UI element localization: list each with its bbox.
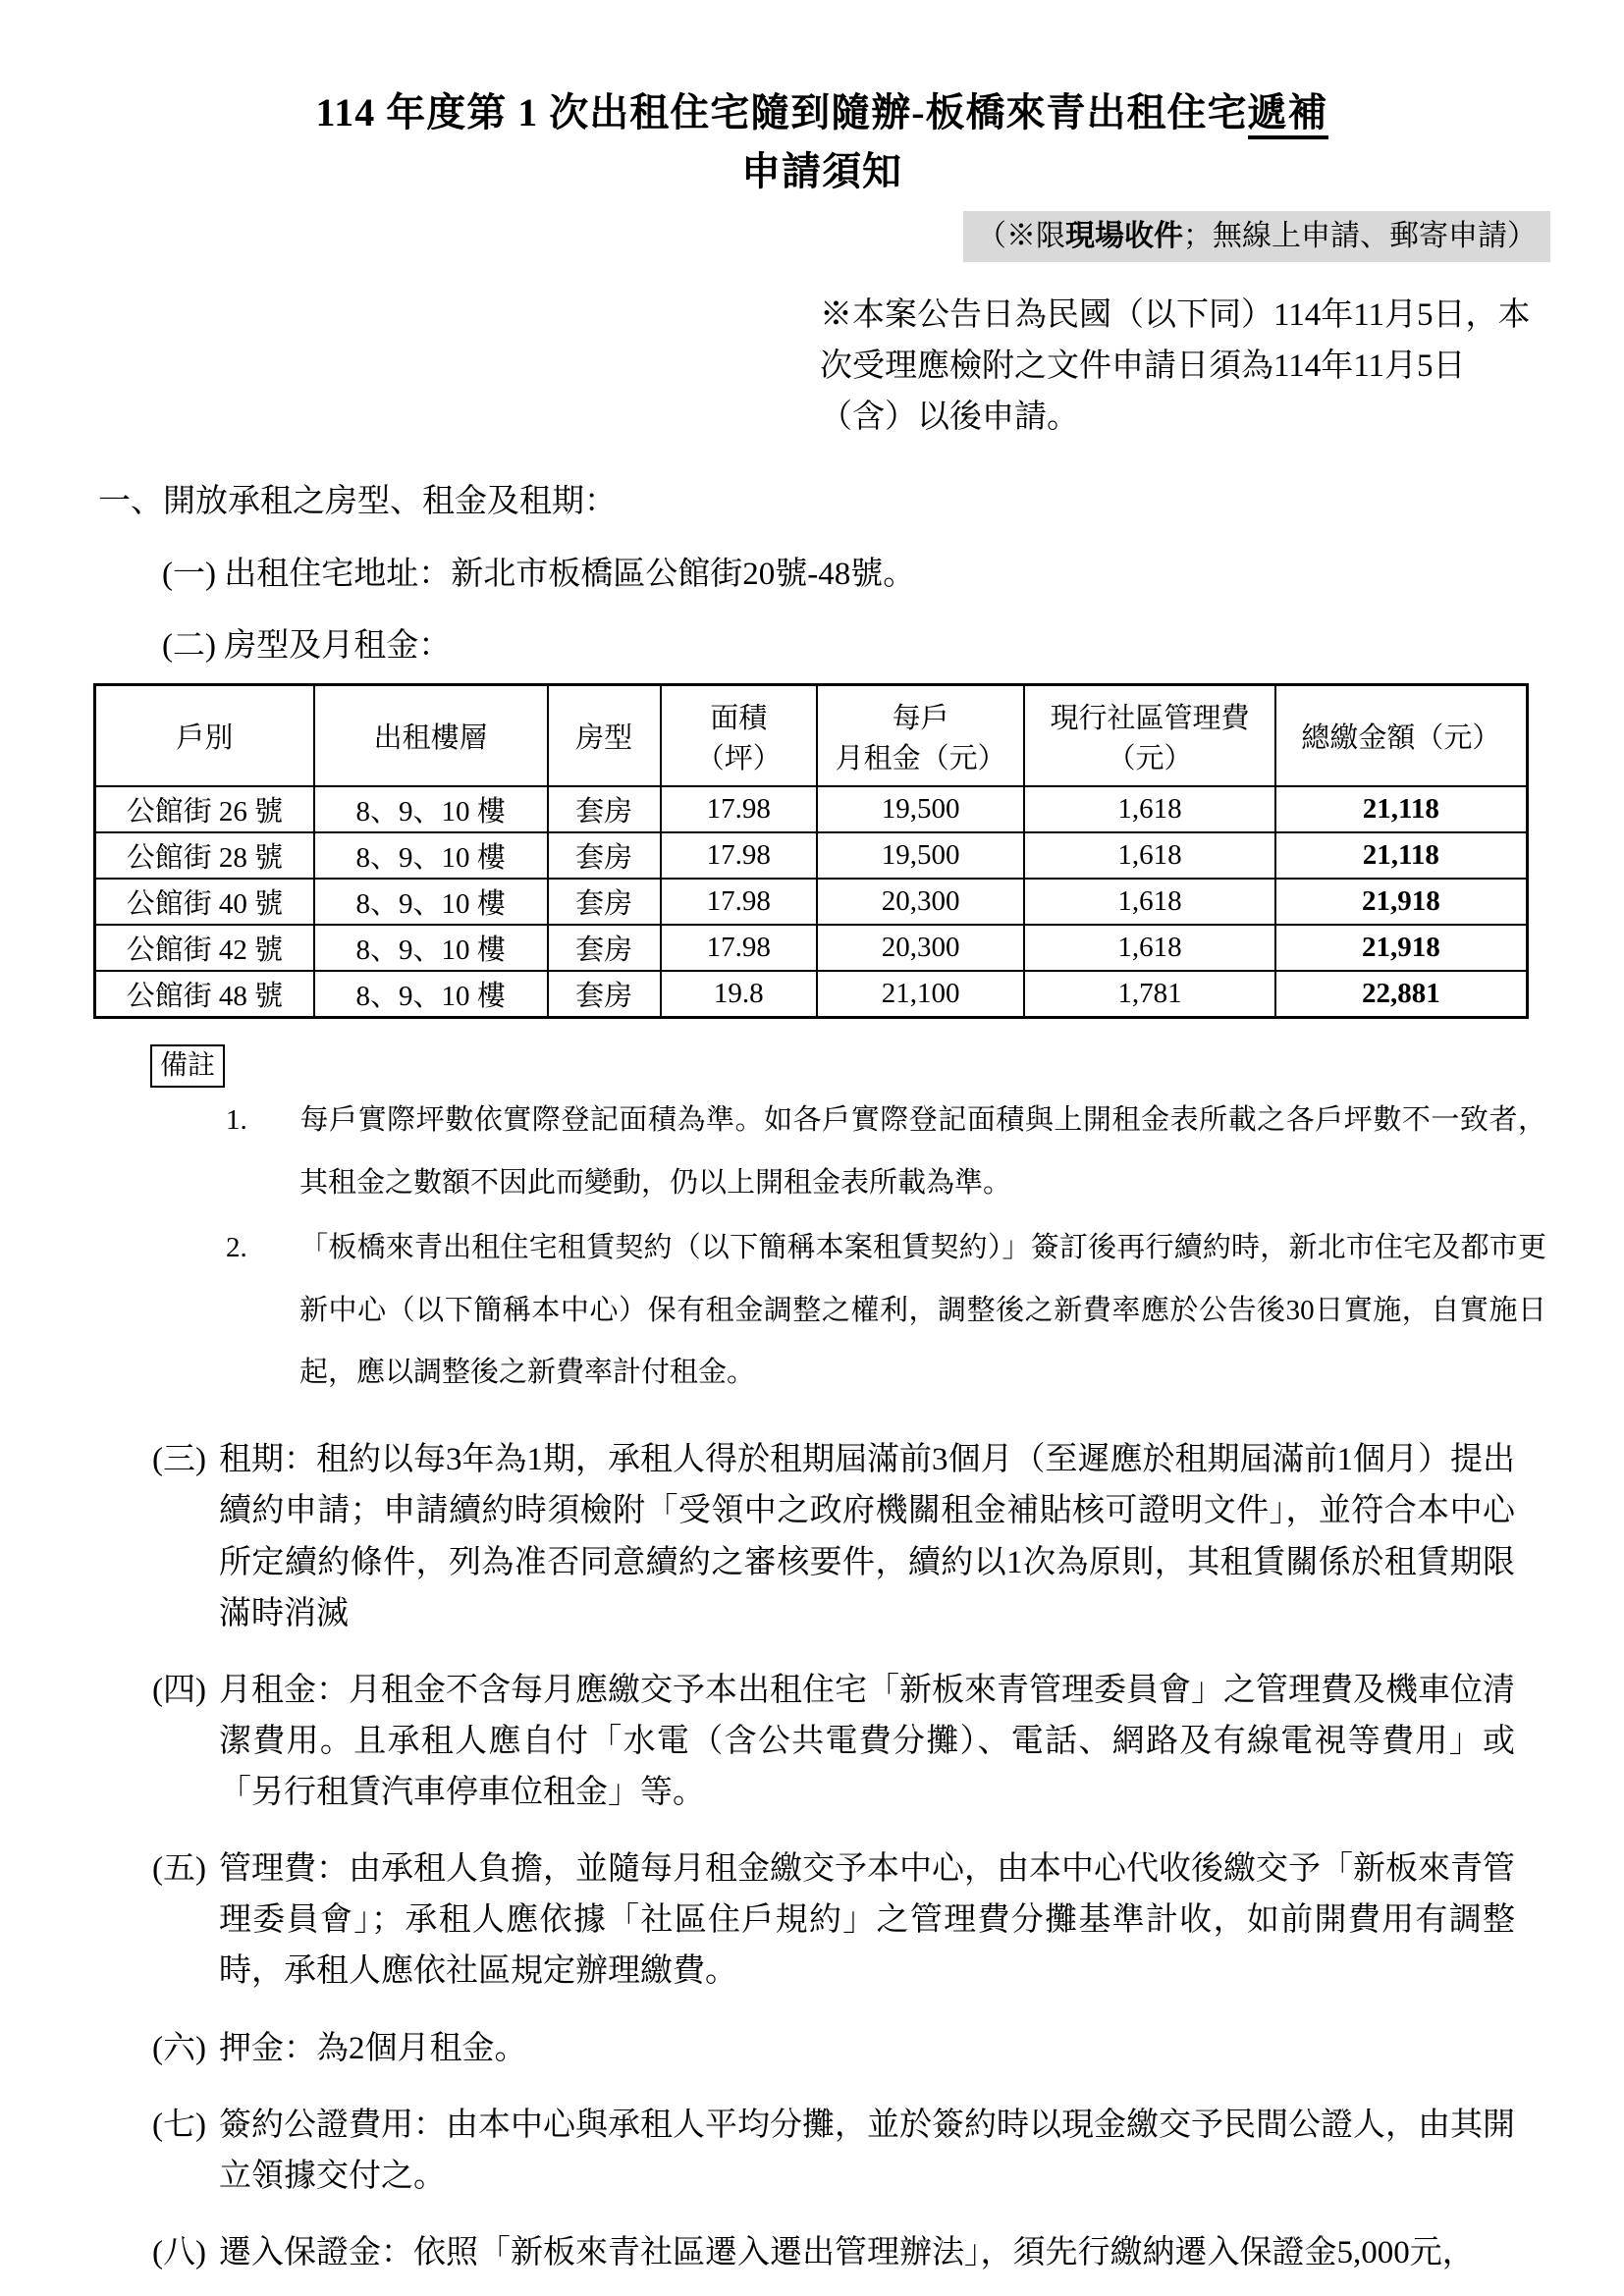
clause-number: (六) [152, 2023, 219, 2074]
rent-cell: 20,300 [817, 925, 1025, 971]
header-text: （坪） [666, 736, 812, 776]
total-cell: 21,118 [1275, 832, 1528, 879]
title-main-text: 114 年度第 1 次出租住宅隨到隨辦-板橋來青出租住宅 [315, 90, 1247, 134]
roomtype-cell: 套房 [548, 971, 661, 1017]
header-text: 出租樓層 [319, 716, 543, 756]
area-cell: 19.8 [661, 971, 817, 1017]
mgmtfee-cell: 1,781 [1024, 971, 1274, 1017]
clause-text: 管理費：由承租人負擔，並隨每月租金繳交予本中心，由本中心代收後繳交予「新板來青管… [219, 1851, 1515, 1989]
unit-cell: 公館街 42 號 [95, 925, 314, 971]
title-underlined-text: 遞補 [1248, 90, 1328, 139]
notice-text-pre: （※限 [977, 220, 1065, 252]
clause-movein-deposit: (八)遷入保證金：依照「新板來青社區遷入遷出管理辦法」，須先行繳納遷入保證金5,… [152, 2227, 1515, 2278]
total-cell: 22,881 [1275, 971, 1528, 1017]
header-text: 戶別 [100, 716, 309, 756]
note-item-1: 1.每戶實際坪數依實際登記面積為準。如各戶實際登記面積與上開租金表所載之各戶坪數… [226, 1090, 1546, 1215]
rent-cell: 20,300 [817, 879, 1025, 925]
total-cell: 21,918 [1275, 925, 1528, 971]
col-header-monthly-rent: 每戶月租金（元） [817, 684, 1025, 786]
floor-cell: 8、9、10 樓 [314, 786, 548, 832]
clause-management-fee: (五)管理費：由承租人負擔，並隨每月租金繳交予本中心，由本中心代收後繳交予「新板… [152, 1843, 1515, 1997]
clause-number: (五) [152, 1843, 219, 1895]
header-text: 月租金（元） [822, 736, 1020, 776]
floor-cell: 8、9、10 樓 [314, 832, 548, 879]
header-text: 房型 [553, 716, 656, 756]
table-row: 公館街 40 號 8、9、10 樓 套房 17.98 20,300 1,618 … [95, 879, 1528, 925]
clause-text: 簽約公證費用：由本中心與承租人平均分攤，並於簽約時以現金繳交予民間公證人，由其開… [219, 2108, 1515, 2194]
note-text: 「板橋來青出租住宅租賃契約（以下簡稱本案租賃契約）」簽訂後再行續約時，新北市住宅… [299, 1232, 1546, 1389]
note-text: 每戶實際坪數依實際登記面積為準。如各戶實際登記面積與上開租金表所載之各戶坪數不一… [299, 1104, 1546, 1199]
table-header-row: 戶別 出租樓層 房型 面積（坪） 每戶月租金（元） 現行社區管理費（元） 總繳金… [95, 684, 1528, 786]
mgmtfee-cell: 1,618 [1024, 925, 1274, 971]
clause-number: (三) [152, 1434, 219, 1485]
notice-text-bold: 現場收件 [1065, 220, 1183, 252]
note-number: 1. [226, 1090, 299, 1152]
area-cell: 17.98 [661, 832, 817, 879]
col-header-total: 總繳金額（元） [1275, 684, 1528, 786]
notes-label: 備註 [150, 1044, 225, 1088]
mgmtfee-cell: 1,618 [1024, 786, 1274, 832]
col-header-floor: 出租樓層 [314, 684, 548, 786]
mgmtfee-cell: 1,618 [1024, 832, 1274, 879]
clause-number: (八) [152, 2227, 219, 2278]
notice-text-post: ；無線上申請、郵寄申請） [1183, 220, 1537, 252]
notice-row: （※限現場收件；無線上申請、郵寄申請） [93, 211, 1550, 262]
section1-heading: 一、開放承租之房型、租金及租期： [98, 478, 1550, 527]
floor-cell: 8、9、10 樓 [314, 879, 548, 925]
clause-text: 押金：為2個月租金。 [219, 2031, 527, 2066]
document-title-line1: 114 年度第 1 次出租住宅隨到隨辦-板橋來青出租住宅遞補 [93, 83, 1550, 142]
header-text: 總繳金額（元） [1280, 716, 1522, 756]
section1-item-address: (一) 出租住宅地址：新北市板橋區公館街20號-48號。 [162, 551, 1550, 600]
unit-cell: 公館街 26 號 [95, 786, 314, 832]
clause-text: 遷入保證金：依照「新板來青社區遷入遷出管理辦法」，須先行繳納遷入保證金5,000… [219, 2235, 1475, 2270]
area-cell: 17.98 [661, 879, 817, 925]
col-header-roomtype: 房型 [548, 684, 661, 786]
table-row: 公館街 48 號 8、9、10 樓 套房 19.8 21,100 1,781 2… [95, 971, 1528, 1017]
note-number: 2. [226, 1217, 299, 1280]
unit-cell: 公館街 48 號 [95, 971, 314, 1017]
roomtype-cell: 套房 [548, 879, 661, 925]
onsite-only-notice-box: （※限現場收件；無線上申請、郵寄申請） [963, 211, 1550, 262]
mgmtfee-cell: 1,618 [1024, 879, 1274, 925]
rent-table: 戶別 出租樓層 房型 面積（坪） 每戶月租金（元） 現行社區管理費（元） 總繳金… [93, 683, 1529, 1019]
area-cell: 17.98 [661, 925, 817, 971]
header-text: 每戶 [822, 696, 1020, 736]
total-cell: 21,918 [1275, 879, 1528, 925]
table-row: 公館街 28 號 8、9、10 樓 套房 17.98 19,500 1,618 … [95, 832, 1528, 879]
clause-rent-period: (三)租期：租約以每3年為1期，承租人得於租期屆滿前3個月（至遲應於租期屆滿前1… [152, 1434, 1515, 1639]
col-header-unit: 戶別 [95, 684, 314, 786]
area-cell: 17.98 [661, 786, 817, 832]
table-row: 公館街 42 號 8、9、10 樓 套房 17.98 20,300 1,618 … [95, 925, 1528, 971]
document-page: 114 年度第 1 次出租住宅隨到隨辦-板橋來青出租住宅遞補 申請須知 （※限現… [0, 0, 1624, 2296]
header-text: 現行社區管理費 [1029, 696, 1270, 736]
rent-cell: 19,500 [817, 832, 1025, 879]
roomtype-cell: 套房 [548, 925, 661, 971]
clause-notary-fee: (七)簽約公證費用：由本中心與承租人平均分攤，並於簽約時以現金繳交予民間公證人，… [152, 2100, 1515, 2202]
total-cell: 21,118 [1275, 786, 1528, 832]
col-header-area: 面積（坪） [661, 684, 817, 786]
header-text: （元） [1029, 736, 1270, 776]
roomtype-cell: 套房 [548, 786, 661, 832]
subtitle-text: 申請須知 [741, 149, 902, 193]
rent-cell: 21,100 [817, 971, 1025, 1017]
clause-text: 租期：租約以每3年為1期，承租人得於租期屆滿前3個月（至遲應於租期屆滿前1個月）… [219, 1442, 1515, 1630]
note-item-2: 2.「板橋來青出租住宅租賃契約（以下簡稱本案租賃契約）」簽訂後再行續約時，新北市… [226, 1217, 1546, 1405]
rent-cell: 19,500 [817, 786, 1025, 832]
clause-number: (四) [152, 1665, 219, 1716]
roomtype-cell: 套房 [548, 832, 661, 879]
section1-item-roomtype: (二) 房型及月租金： [162, 622, 1550, 671]
floor-cell: 8、9、10 樓 [314, 971, 548, 1017]
announcement-note: ※本案公告日為民國（以下同）114年11月5日，本次受理應檢附之文件申請日須為1… [820, 290, 1537, 443]
table-row: 公館街 26 號 8、9、10 樓 套房 17.98 19,500 1,618 … [95, 786, 1528, 832]
floor-cell: 8、9、10 樓 [314, 925, 548, 971]
header-text: 面積 [666, 696, 812, 736]
col-header-mgmt-fee: 現行社區管理費（元） [1024, 684, 1274, 786]
clause-deposit: (六)押金：為2個月租金。 [152, 2023, 1515, 2074]
clause-text: 月租金：月租金不含每月應繳交予本出租住宅「新板來青管理委員會」之管理費及機車位清… [219, 1673, 1515, 1810]
unit-cell: 公館街 40 號 [95, 879, 314, 925]
clause-number: (七) [152, 2100, 219, 2151]
clause-monthly-rent: (四)月租金：月租金不含每月應繳交予本出租住宅「新板來青管理委員會」之管理費及機… [152, 1665, 1515, 1818]
document-title-line2: 申請須知 [93, 142, 1550, 201]
unit-cell: 公館街 28 號 [95, 832, 314, 879]
